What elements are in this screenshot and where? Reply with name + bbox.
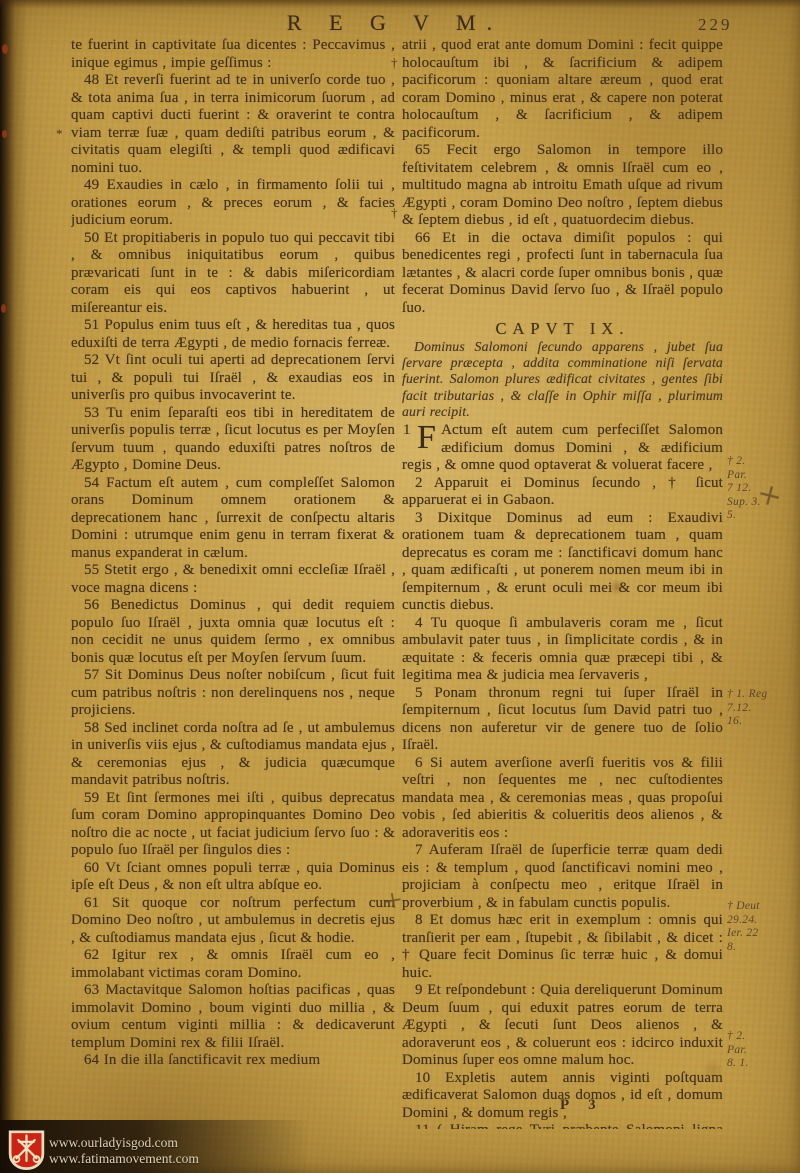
verse-paragraph: 5 Ponam thronum regni tui ſuper Iſraël i… xyxy=(402,685,723,755)
chapter-summary: Dominus Salomoni ſecundo apparens , jube… xyxy=(402,339,723,420)
verse-paragraph: 66 Et in die octava dimiſit populos : qu… xyxy=(402,230,723,318)
paper-speck xyxy=(2,44,8,54)
verse-paragraph: 9 Et reſpondebunt : Quia dereliquerunt D… xyxy=(402,982,723,1070)
verse-paragraph: 54 Factum eſt autem , cum compleſſet Sal… xyxy=(71,475,395,563)
page-number: 229 xyxy=(698,15,733,35)
verse-paragraph: 51 Populus enim tuus eſt , & hereditas t… xyxy=(71,317,395,352)
verse-paragraph: 50 Et propitiaberis in populo tuo qui pe… xyxy=(71,230,395,318)
book-gutter-shadow xyxy=(0,0,28,1173)
margin-note-line: Par. xyxy=(727,1044,795,1058)
verse-paragraph: 8 Et domus hæc erit in exemplum : omnis … xyxy=(402,912,723,982)
margin-asterisk-mark: * xyxy=(56,126,63,142)
printed-dagger-mark: † xyxy=(391,55,398,71)
watermark-url-fatimamovement: www.fatimamovement.com xyxy=(49,1152,199,1166)
margin-note-line: 16. xyxy=(727,715,795,729)
verse-paragraph: 11 ( Hiram rege Tyri præbente Salomoni l… xyxy=(402,1122,723,1129)
signature-mark: P 3 xyxy=(560,1097,604,1114)
margin-note-line: † Deut xyxy=(727,900,795,914)
margin-note-line: 29.24. xyxy=(727,914,795,928)
verse-paragraph: atrii , quod erat ante domum Domini : fe… xyxy=(402,37,723,142)
verse-paragraph: 49 Exaudies in cælo , in firmamento ſoli… xyxy=(71,177,395,230)
verse-paragraph: 64 In die illa ſanctificavit rex medium xyxy=(71,1052,395,1070)
margin-note-line: Ier. 22 xyxy=(727,927,795,941)
margin-note-line: 8. xyxy=(727,941,795,955)
margin-note-line: 8. 1. xyxy=(727,1057,795,1071)
verse-paragraph: 48 Et reverſi fuerint ad te in univerſo … xyxy=(71,72,395,177)
verse-paragraph: 58 Sed inclinet corda noſtra ad ſe , ut … xyxy=(71,720,395,790)
verse-paragraph: 60 Vt ſciant omnes populi terræ , quia D… xyxy=(71,860,395,895)
scanned-book-page: R E G V M. 229 te fuerint in captivitate… xyxy=(0,0,800,1173)
page-edge-shadow xyxy=(0,0,800,8)
margin-note-line: † 1. Reg xyxy=(727,688,795,702)
verse-paragraph: 4 Tu quoque ſi ambulaveris coram me , ſi… xyxy=(402,615,723,685)
drop-cap-initial: F xyxy=(417,423,436,452)
verse-paragraph: te fuerint in captivitate ſua dicentes :… xyxy=(71,37,395,72)
verse-paragraph: 7 Auferam Iſraël de ſuperficie terræ qua… xyxy=(402,842,723,912)
verse-paragraph: 62 Igitur rex , & omnis Iſraël cum eo , … xyxy=(71,947,395,982)
right-text-column: atrii , quod erat ante domum Domini : fe… xyxy=(402,37,723,1129)
watermark-url-ourladyisgod: www.ourladyisgod.com xyxy=(49,1136,178,1150)
paper-speck xyxy=(1,304,6,313)
printed-dagger-mark: † xyxy=(391,205,398,221)
verse-paragraph: 53 Tu enim ſeparaſti eos tibi in heredit… xyxy=(71,405,395,475)
margin-note-line: 7.12. xyxy=(727,702,795,716)
left-text-column: te fuerint in captivitate ſua dicentes :… xyxy=(71,37,395,1125)
verse-paragraph: 56 Benedictus Dominus , qui dedit requie… xyxy=(71,597,395,667)
verse-number: 1 xyxy=(403,422,411,440)
verse-paragraph: 10 Expletis autem annis viginti poſtquam… xyxy=(402,1070,723,1123)
verse-paragraph: 61 Sit quoque cor noſtrum perfectum cum … xyxy=(71,895,395,948)
verse-paragraph: 2 Apparuit ei Dominus ſecundo , † ſicut … xyxy=(402,475,723,510)
margin-note-line: † 2. xyxy=(727,1030,795,1044)
margin-note: † Deut29.24.Ier. 228. xyxy=(727,900,795,954)
verse-paragraph: 6 Si autem averſione averſi fueritis vos… xyxy=(402,755,723,843)
verse-paragraph: 63 Mactavitque Salomon hoſtias pacificas… xyxy=(71,982,395,1052)
verse-paragraph: 3 Dixitque Dominus ad eum : Exaudivi ora… xyxy=(402,510,723,615)
verse-paragraph: 52 Vt ſint oculi tui aperti ad deprecati… xyxy=(71,352,395,405)
watermark-shield-icon xyxy=(8,1130,45,1170)
running-header-title: R E G V M. xyxy=(70,10,720,36)
verse-paragraph-dropcap: 1FActum eſt autem cum perfeciſſet Salomo… xyxy=(402,422,723,475)
margin-note: † 1. Reg7.12.16. xyxy=(727,688,795,729)
paper-speck xyxy=(2,130,7,138)
verse-paragraph: 57 Sit Dominus Deus noſter nobiſcum , ſi… xyxy=(71,667,395,720)
verse-paragraph: 59 Et ſint ſermones mei iſti , quibus de… xyxy=(71,790,395,860)
verse-paragraph: 65 Fecit ergo Salomon in tempore illo fe… xyxy=(402,142,723,230)
verse-paragraph: 55 Stetit ergo , & benedixit omni eccleſ… xyxy=(71,562,395,597)
margin-note: † 2.Par.8. 1. xyxy=(727,1030,795,1071)
chapter-heading: CAPVT IX. xyxy=(402,319,723,338)
margin-note-line: † 2. xyxy=(727,455,795,469)
